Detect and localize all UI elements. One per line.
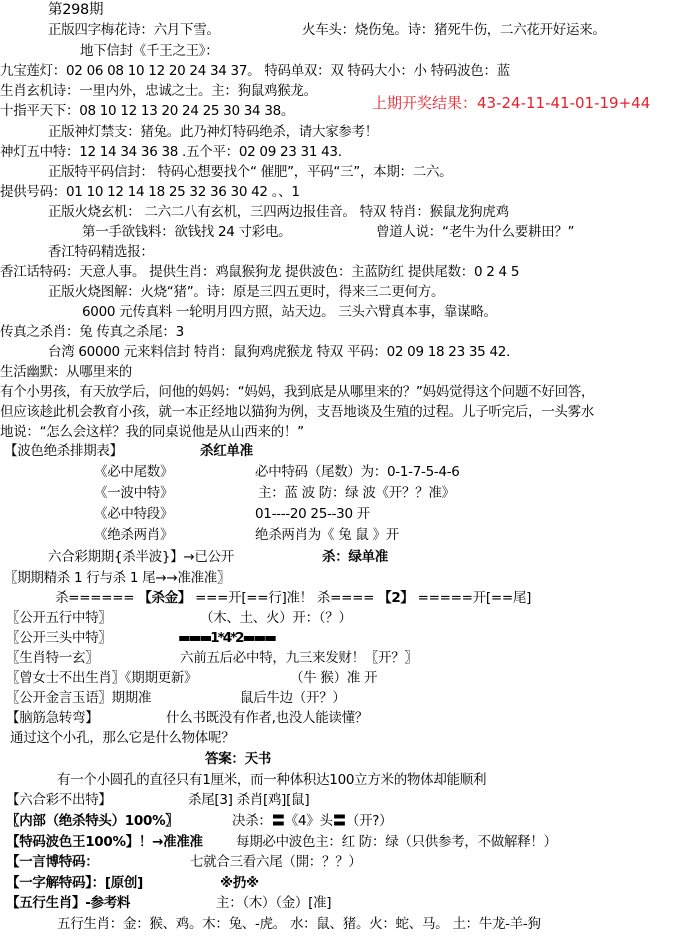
plum-poem: 正版四字梅花诗：六月下雪。: [48, 20, 220, 40]
kill-row-heading: 〖期期精杀 1 行与杀 1 尾→→准准准〗: [4, 568, 230, 588]
one-char-value: ※扔※: [220, 873, 259, 893]
five-zodiac-list: 五行生肖：金：猴、鸡。木：兔、-虎。 水：鼠、猪。火：蛇、马。 土：牛龙-羊-狗: [57, 914, 541, 934]
one-char-label: 【一字解特码】：[原创]: [6, 873, 143, 893]
riddle-line-3: 有一个小圆孔的直径只有1厘米，而一种体积达100立方米的物体却能顺利: [57, 770, 486, 790]
first-hand: 第一手欲钱料：欲钱找 24 寸彩电。: [82, 222, 291, 242]
riddle-question: 什么书既没有作者,也没人能读懂？: [166, 708, 368, 728]
kill-row-part-3: =====开[==尾]: [418, 590, 531, 606]
three-heads-label: 〖公开三头中特〗: [6, 628, 112, 648]
one-word-value: 七就合三看六尾（開：？？）: [190, 852, 362, 872]
segment-label: 《必中特段》: [94, 504, 173, 524]
ten-fingers: 十指平天下：08 10 12 13 20 24 25 30 34 38。: [0, 101, 294, 121]
one-word-label: 【一言博特码：: [6, 852, 98, 872]
zeng-daoren: 曾道人说：“老牛为什么要耕田？”: [376, 222, 574, 242]
golden-words-value: 鼠后牛边（开？）: [240, 688, 346, 708]
kill-row-part-1: 杀======: [55, 590, 134, 606]
nine-lotus-lamp: 九宝莲灯：02 06 08 10 12 20 24 34 37。 特码单双：双 …: [0, 61, 510, 81]
two-zodiac-label: 《绝杀两肖》: [94, 525, 173, 545]
golden-words-label: 〖公开金言玉语〗期期准: [6, 688, 151, 708]
xiangjiang-code: 香江话特码：天意人事。 提供生肖：鸡鼠猴狗龙 提供波色：主蓝防红 提供尾数：0 …: [0, 262, 519, 282]
special-letter: 正版特平码信封： 特码心想要找个“ 催肥”，平码“三”，本期：二六。: [48, 162, 452, 182]
no-special-value: 杀尾[3] 杀肖[鸡][鼠]: [188, 790, 309, 810]
ms-zeng-value: （牛 猴）准 开: [290, 668, 377, 688]
tail-label: 《必中尾数》: [94, 462, 173, 482]
tail-value: 必中特码（尾数）为：0-1-7-5-4-6: [255, 462, 460, 482]
zodiac-poem: 生肖玄机诗：一里内外，忠诚之士。主：狗鼠鸡猴龙。: [0, 81, 317, 101]
humor-line-1: 有个小男孩，有天放学后，问他的妈妈：“妈妈，我到底是从哪里来的？”妈妈觉得这个问…: [0, 382, 594, 402]
fire-illustration: 正版火烧图解：火烧“猪”。诗：原是三四五更时，得来三二更何方。: [48, 282, 444, 302]
internal-kill-label: 〖内部（绝杀特头）100%〗: [6, 811, 179, 831]
kill-metal: 【杀金】: [138, 590, 191, 606]
lamp-forbidden: 正版神灯禁支：猪兔。此乃神灯特码绝杀，请大家参考！: [48, 122, 378, 142]
kill-row-part-2: ===开[==行]准！ 杀====: [195, 590, 374, 606]
fire-mystery: 正版火烧玄机： 二六二八有玄机，三四两边报佳音。 特双 特肖：猴鼠龙狗虎鸡: [48, 202, 509, 222]
zodiac-mystery-value: 六前五后必中特，九三来发财！〖开？〗: [180, 648, 418, 668]
lamp-five: 神灯五中特：12 14 34 36 38 .五个平：02 09 23 31 43…: [0, 142, 342, 162]
humor-line-3: 地说：“怎么会这样？我的同桌说他是从山西来的！”: [0, 422, 304, 442]
five-zodiac-value: 主：（木）（金）[准]: [216, 893, 331, 913]
wave-table-heading: 【波色绝杀排期表】: [4, 441, 123, 461]
humor-title: 生活幽默：从哪里来的: [0, 362, 132, 382]
kill-two: 【2】: [378, 590, 414, 606]
wave-label: 《一波中特》: [94, 483, 173, 503]
half-wave: 六合彩期期{杀半波}】→已公开: [48, 547, 234, 567]
wave-value: 主：蓝 波 防：绿 波《开？？准》: [258, 483, 455, 503]
no-special-label: 【六合彩不出特】: [6, 790, 112, 810]
two-zodiac-value: 绝杀两肖为《 兔 鼠 》开: [255, 525, 399, 545]
taiwan-letter: 台湾 60000 元来料信封 特肖：鼠狗鸡虎猴龙 特双 平码：02 09 18 …: [48, 342, 510, 362]
five-elements-label: 〖公开五行中特〗: [6, 608, 112, 628]
kill-row: 杀====== 【杀金】 ===开[==行]准！ 杀==== 【2】 =====…: [55, 588, 531, 608]
xiangjiang-heading: 香江特码精选报：: [48, 242, 154, 262]
issue-number: 第298期: [48, 0, 103, 20]
internal-kill-value: 决杀：〓《4》头〓（开?）: [232, 811, 392, 831]
segment-value: 01----20 25--30 开: [255, 504, 370, 524]
train-head: 火车头：烧伤兔。诗：猪死牛伤，二六花开好运来。: [302, 20, 606, 40]
provided-numbers: 提供号码：01 10 12 14 18 25 32 36 30 42 。、1: [0, 182, 300, 202]
wave-king-value: 每期必中波色主：红 防：绿（只供参考，不做解释！）: [236, 832, 557, 852]
underground-letter: 地下信封《千王之王》：: [80, 41, 218, 61]
last-draw-result: 上期开奖结果：43-24-11-41-01-19+44: [372, 93, 650, 113]
riddle-answer: 答案：天书: [205, 749, 271, 769]
five-elements-value: （木、土、火）开：（？）: [200, 608, 352, 628]
wave-king-label: 【特码波色王100%】！→准准准: [6, 832, 203, 852]
zodiac-mystery-label: 〖生肖特一玄〗: [6, 648, 98, 668]
fax-6000: 6000 元传真料 一轮明月四方照，站天边。 三头六臂真本事，靠谋略。: [82, 302, 497, 322]
kill-red: 杀红单准: [200, 441, 253, 461]
humor-line-2: 但应该趁此机会教育小孩，就一本正经地以猫狗为例，支吾地谈及生殖的过程。儿子听完后…: [0, 402, 594, 422]
riddle-label: 【脑筋急转弯】: [6, 708, 98, 728]
fax-kill: 传真之杀肖：兔 传真之杀尾：3: [0, 322, 184, 342]
five-zodiac-label: 【五行生肖】-参考料: [6, 893, 130, 913]
three-heads-value: ▬▬▬1*4*2▬▬▬: [178, 628, 275, 648]
riddle-line-2: 通过这个小孔，那么它是什么物体呢？: [10, 728, 234, 748]
ms-zeng-label: 〖曾女士不出生肖〗《期期更新》: [6, 668, 197, 688]
kill-green: 杀：绿单准: [322, 547, 388, 567]
